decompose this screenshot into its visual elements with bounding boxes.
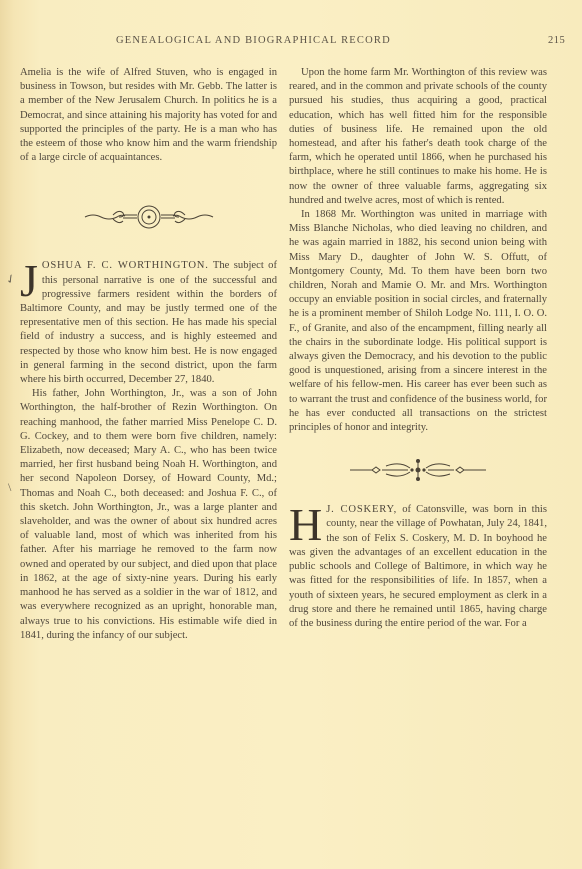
- biography-coskery-intro: HJ. COSKERY, of Catonsville, was born in…: [289, 503, 547, 631]
- paragraph-home-farm: Upon the home farm Mr. Worthington of th…: [289, 66, 547, 208]
- drop-cap-h: H: [289, 505, 322, 545]
- margin-checkmark: ✓: [3, 270, 19, 288]
- paragraph-amelia: Amelia is the wife of Alfred Stuven, who…: [20, 66, 277, 165]
- right-column: Upon the home farm Mr. Worthington of th…: [289, 66, 547, 631]
- margin-tick: \: [8, 480, 11, 495]
- drop-cap-j: J: [20, 261, 38, 301]
- biography-heading-worthington: OSHUA F. C. WORTHINGTON.: [42, 260, 209, 271]
- biography-text: The subject of this personal narrative i…: [20, 260, 277, 385]
- biography-worthington-intro: JOSHUA F. C. WORTHINGTON. The subject of…: [20, 259, 277, 387]
- ornament-rosette-icon: [83, 203, 215, 231]
- running-title: GENEALOGICAL AND BIOGRAPHICAL RECORD: [116, 35, 391, 46]
- biography-text: of Catonsville, was born in this county,…: [289, 504, 547, 629]
- page-number: 215: [548, 35, 565, 46]
- book-page: GENEALOGICAL AND BIOGRAPHICAL RECORD 215…: [0, 0, 582, 869]
- left-column: Amelia is the wife of Alfred Stuven, who…: [20, 66, 277, 643]
- paragraph-marriage: In 1868 Mr. Worthington was united in ma…: [289, 208, 547, 435]
- biography-heading-coskery: J. COSKERY,: [326, 504, 397, 515]
- ornament-scroll-icon: [348, 457, 488, 483]
- paragraph-father: His father, John Worthington, Jr., was a…: [20, 387, 277, 643]
